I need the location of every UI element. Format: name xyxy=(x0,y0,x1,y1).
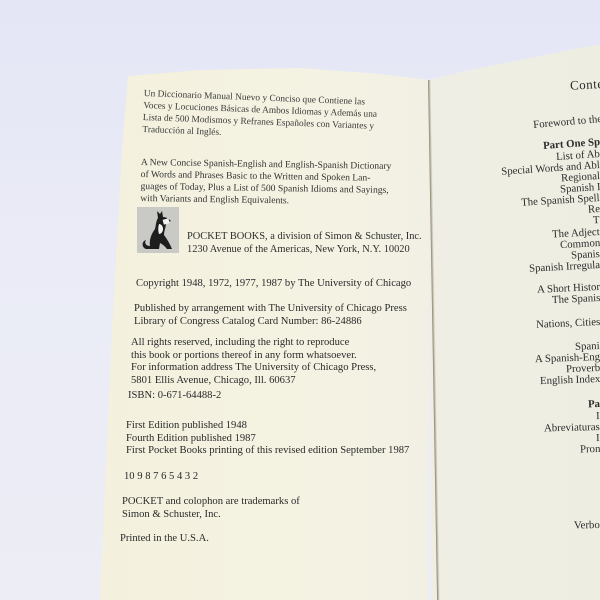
toc-line: The Spanis xyxy=(552,292,600,306)
toc-line: Nations, Cities xyxy=(536,316,600,331)
kangaroo-logo-icon xyxy=(137,207,179,253)
printing-line: 10 9 8 7 6 5 4 3 2 xyxy=(124,471,198,484)
printed-in-notice: Printed in the U.S.A. xyxy=(120,533,209,546)
trademark-notice: POCKET and colophon are trademarks of Si… xyxy=(122,496,300,521)
contents-title: Conte xyxy=(570,76,600,94)
isbn: ISBN: 0-671-64488-2 xyxy=(128,390,221,403)
toc-line: Abreviaturas xyxy=(544,421,600,434)
toc-line: Spanish Irregula xyxy=(529,259,600,275)
english-description: A New Concise Spanish-English and Englis… xyxy=(140,157,391,209)
toc-line: Foreword to the xyxy=(533,113,600,131)
publisher-info: POCKET BOOKS, a division of Simon & Schu… xyxy=(187,231,422,256)
published-by-notice: Published by arrangement with The Univer… xyxy=(134,303,407,328)
copyright-notice: Copyright 1948, 1972, 1977, 1987 by The … xyxy=(136,278,411,291)
toc-line: English Index xyxy=(540,373,600,387)
toc-line: T xyxy=(593,214,600,226)
toc-section-heading: Pa xyxy=(588,398,600,410)
toc-line: Pron xyxy=(579,443,600,456)
rights-notice: All rights reserved, including the right… xyxy=(131,337,376,387)
edition-history: First Edition published 1948 Fourth Edit… xyxy=(126,420,409,458)
toc-line: Verbo xyxy=(574,519,600,531)
spanish-description: Un Diccionario Manual Nuevo y Conciso qu… xyxy=(142,88,378,145)
